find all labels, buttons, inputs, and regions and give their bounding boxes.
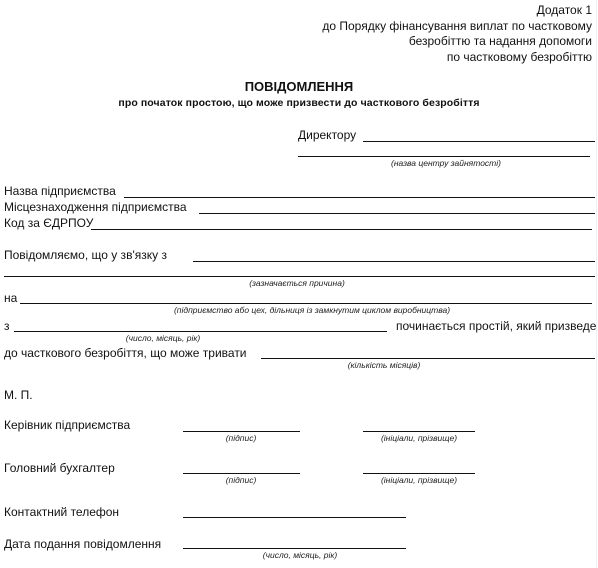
edrpou-code-field[interactable] [91, 229, 592, 230]
accountant-signature-field[interactable] [183, 473, 300, 474]
annex-text-line: до Порядку фінансування виплат по частко… [322, 19, 592, 34]
enterprise-name-field[interactable] [124, 197, 595, 198]
head-signature-field[interactable] [183, 431, 300, 432]
from-tail-text: починається простій, який призведе [396, 319, 596, 333]
stamp-placeholder: М. П. [4, 388, 33, 402]
accountant-initials-caption: (ініціали, прізвище) [381, 475, 457, 485]
enterprise-location-field[interactable] [199, 213, 595, 214]
start-date-field[interactable] [14, 331, 387, 332]
unit-field[interactable] [20, 303, 592, 304]
from-label: з [4, 319, 10, 333]
reason-label: Повідомляємо, що у зв'язку з [4, 248, 167, 262]
reason-field[interactable] [193, 261, 595, 262]
addressee-field-continued[interactable] [298, 156, 590, 157]
addressee-caption: (назва центру зайнятості) [391, 158, 501, 168]
document-subtitle: про початок простою, що може призвести д… [0, 97, 598, 109]
submission-date-caption: (число, місяць, рік) [263, 550, 337, 560]
phone-label: Контактний телефон [4, 505, 119, 519]
enterprise-name-label: Назва підприємства [4, 184, 116, 198]
head-initials-caption: (ініціали, прізвище) [381, 433, 457, 443]
addressee-field[interactable] [363, 141, 595, 142]
head-signature-caption: (підпис) [226, 433, 257, 443]
head-initials-field[interactable] [363, 431, 475, 432]
annex-number: Додаток 1 [537, 3, 592, 18]
duration-field[interactable] [261, 358, 595, 359]
unit-caption: (підприємство або цех, дільниця із замкн… [174, 305, 450, 315]
accountant-label: Головний бухгалтер [4, 461, 115, 475]
on-label: на [4, 291, 17, 305]
addressee-label: Директору [298, 128, 356, 142]
reason-field-continued[interactable] [4, 276, 595, 277]
accountant-signature-caption: (підпис) [226, 475, 257, 485]
duration-caption: (кількість місяців) [348, 360, 421, 370]
duration-label: до часткового безробіття, що може триват… [4, 346, 247, 360]
phone-field[interactable] [183, 517, 406, 518]
submission-date-label: Дата подання повідомлення [4, 537, 161, 551]
document-title: ПОВІДОМЛЕННЯ [0, 79, 598, 94]
head-label: Керівник підприємства [4, 418, 130, 432]
reason-caption: (зазначається причина) [249, 278, 345, 288]
annex-text-line: безробіттю та надання допомоги [409, 34, 592, 49]
annex-text-line: по частковому безробіттю [447, 50, 592, 65]
submission-date-field[interactable] [183, 548, 406, 549]
accountant-initials-field[interactable] [363, 473, 475, 474]
start-date-caption: (число, місяць, рік) [126, 333, 200, 343]
enterprise-location-label: Місцезнаходження підприємства [4, 200, 187, 214]
edrpou-code-label: Код за ЄДРПОУ [4, 216, 93, 230]
